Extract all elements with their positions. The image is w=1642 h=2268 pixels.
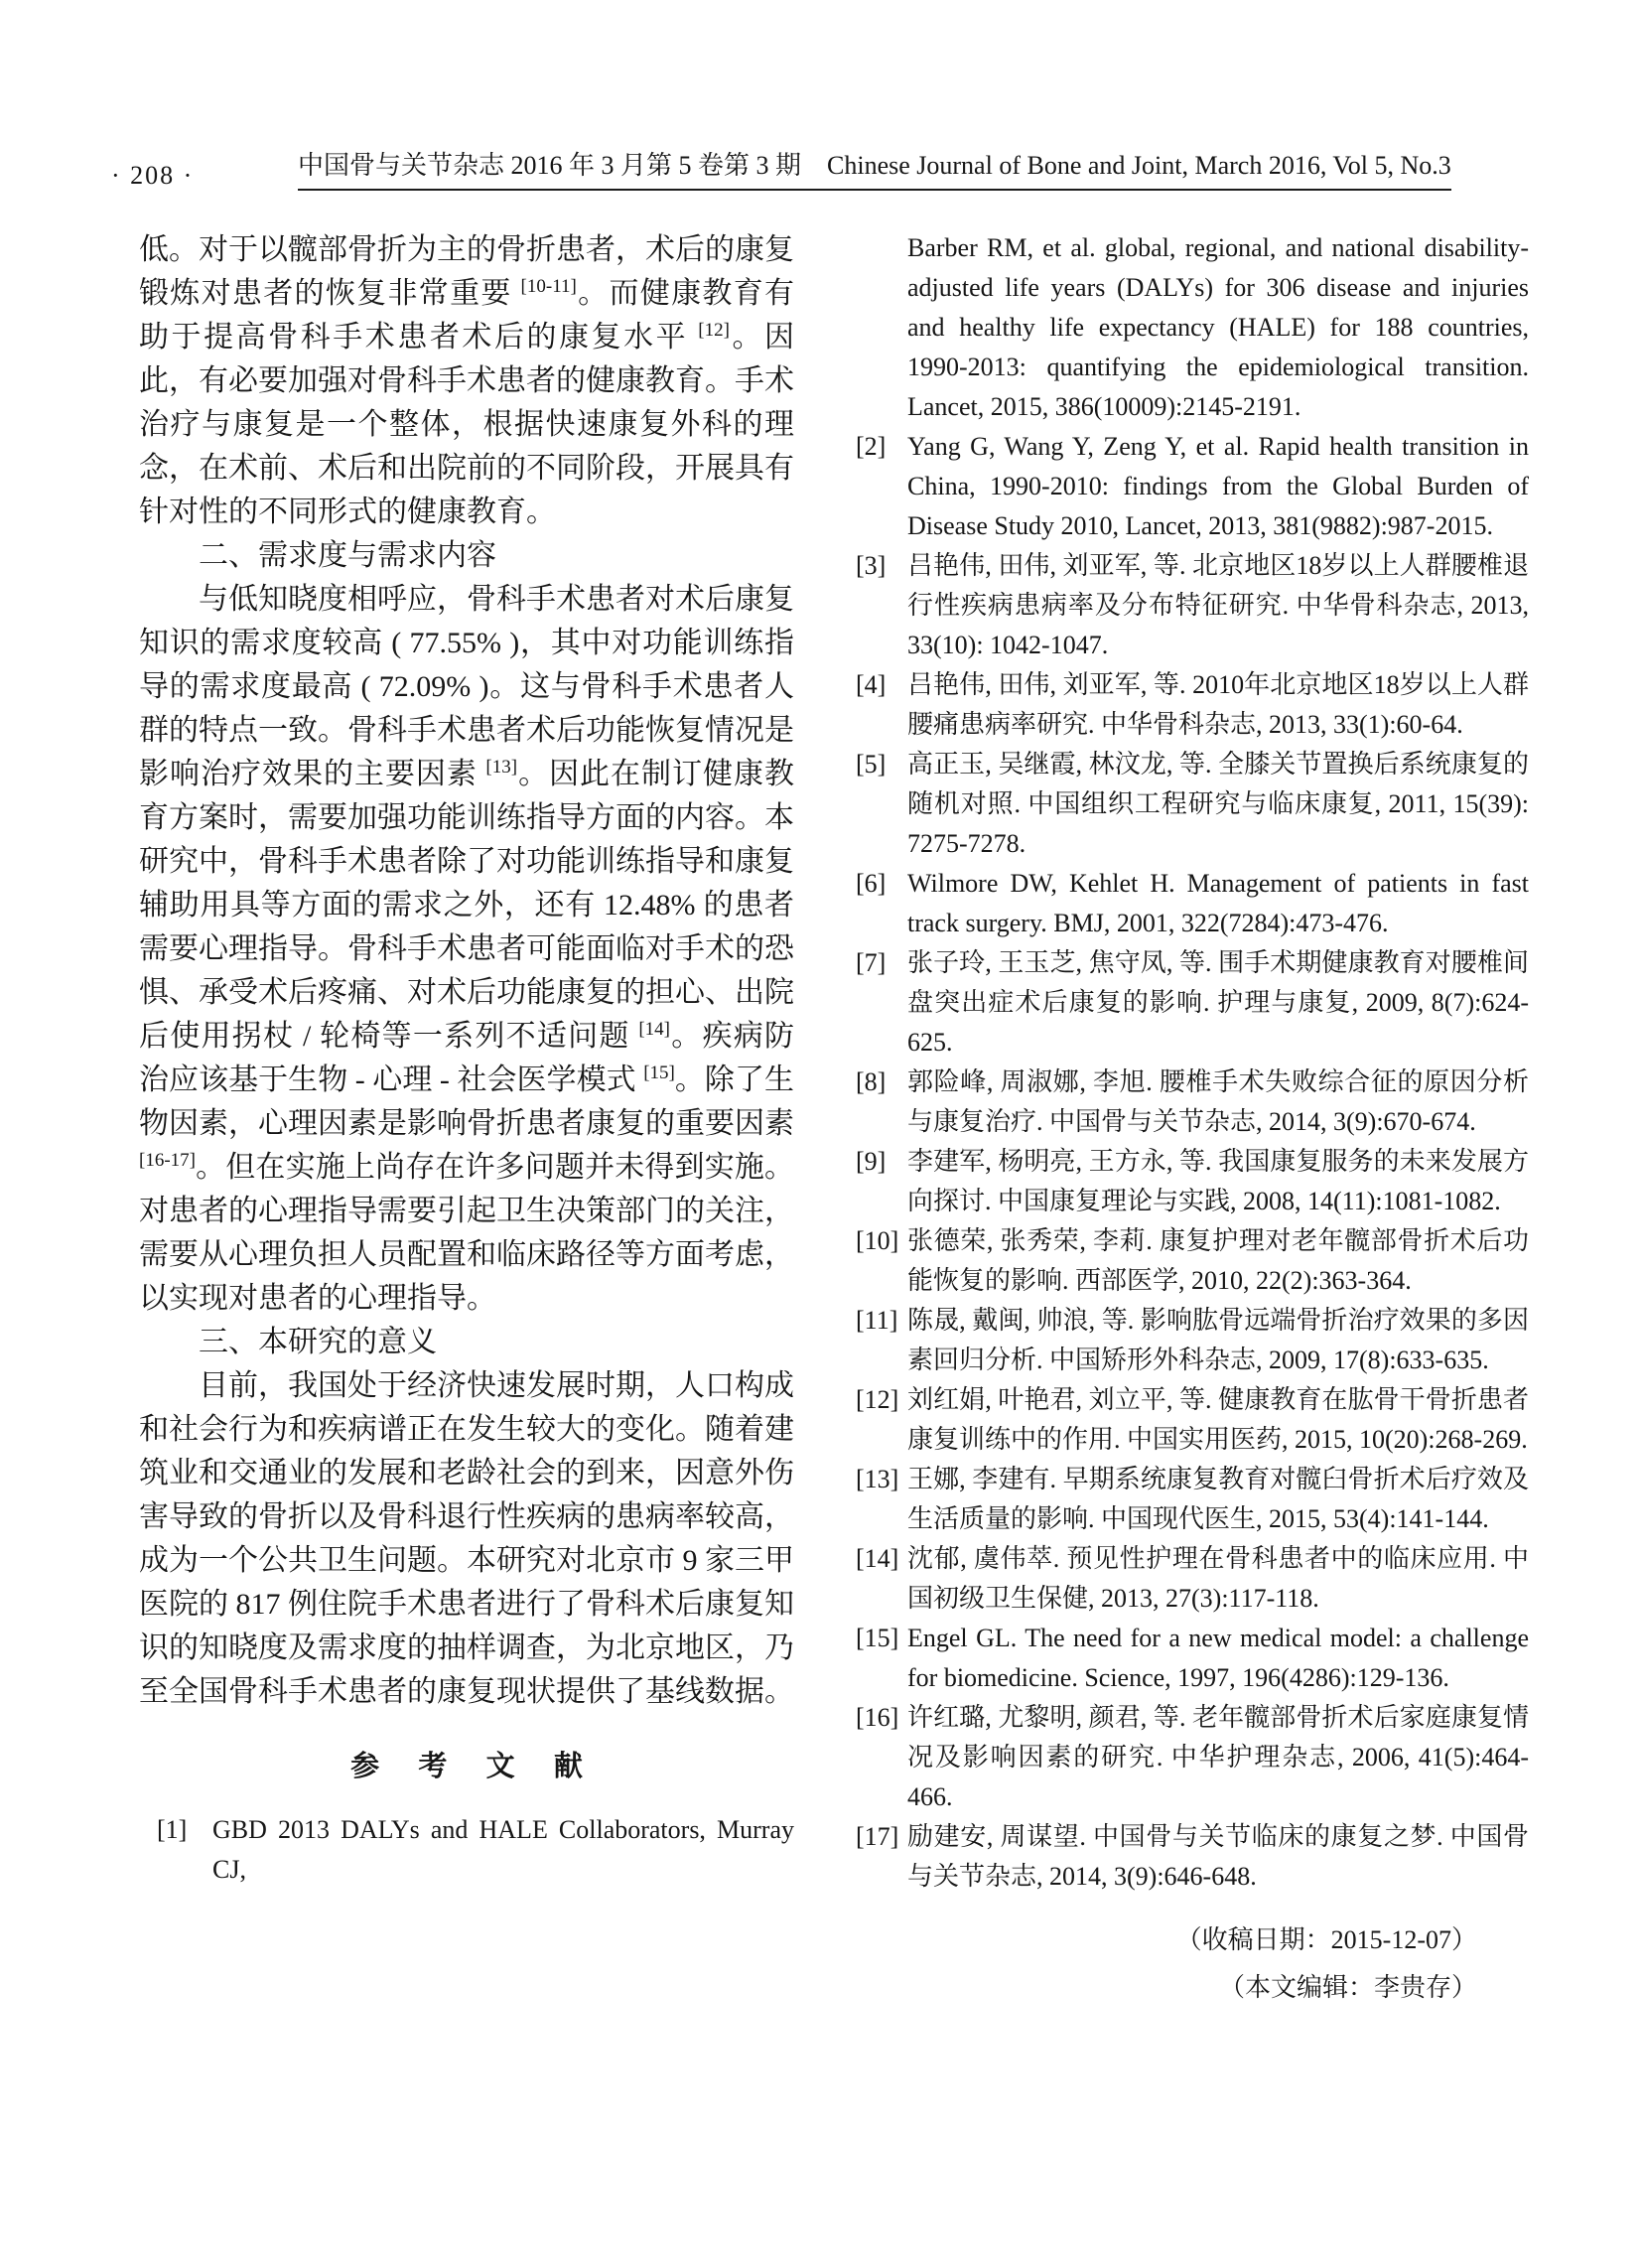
reference-text: Engel GL. The need for a new medical mod… [907, 1619, 1529, 1698]
reference-item: [12]刘红娟, 叶艳君, 刘立平, 等. 健康教育在肱骨干骨折患者康复训练中的… [856, 1380, 1529, 1460]
reference-number: [8] [856, 1063, 907, 1142]
reference-item: [1] GBD 2013 DALYs and HALE Collaborator… [139, 1810, 794, 1890]
reference-text: 高正玉, 吴继霞, 林汶龙, 等. 全膝关节置换后系统康复的随机对照. 中国组织… [907, 745, 1529, 864]
editor-line: （本文编辑：李贵存） [856, 1964, 1477, 2012]
reference-text: Wilmore DW, Kehlet H. Management of pati… [907, 864, 1529, 943]
reference-item: [9]李建军, 杨明亮, 王方永, 等. 我国康复服务的未来发展方向探讨. 中国… [856, 1142, 1529, 1221]
reference-number: [1] [157, 1810, 212, 1890]
reference-number: [11] [856, 1301, 907, 1380]
text-run: 。因此在制订健康教育方案时，需要加强功能训练指导方面的内容。本研究中，骨科手术患… [139, 758, 794, 1053]
references-heading: 参 考 文 献 [139, 1744, 794, 1784]
citation-superscript: [12] [698, 320, 730, 341]
text-run: 目前，我国处于经济快速发展时期，人口构成和社会行为和疾病谱正在发生较大的变化。随… [139, 1369, 794, 1708]
page-number: · 208 · [111, 161, 298, 191]
reference-text: Yang G, Wang Y, Zeng Y, et al. Rapid hea… [907, 427, 1529, 546]
reference-number: [10] [856, 1221, 907, 1301]
reference-item: [10]张德荣, 张秀荣, 李莉. 康复护理对老年髋部骨折术后功能恢复的影响. … [856, 1221, 1529, 1301]
left-column-flow: 低。对于以髋部骨折为主的骨折患者，术后的康复锻炼对患者的恢复非常重要 [10-1… [139, 228, 794, 1714]
citation-superscript: [13] [485, 757, 517, 778]
reference-number: [4] [856, 665, 907, 745]
reference-number: [7] [856, 943, 907, 1063]
reference-item: [11]陈晟, 戴闽, 帅浪, 等. 影响肱骨远端骨折治疗效果的多因素回归分析.… [856, 1301, 1529, 1380]
reference-number: [16] [856, 1698, 907, 1817]
reference-number: [17] [856, 1817, 907, 1897]
reference-item: [5]高正玉, 吴继霞, 林汶龙, 等. 全膝关节置换后系统康复的随机对照. 中… [856, 745, 1529, 864]
reference-item: Barber RM, et al. global, regional, and … [856, 228, 1529, 427]
received-date-line: （收稿日期：2015-12-07） [856, 1916, 1477, 1964]
paragraph: 目前，我国处于经济快速发展时期，人口构成和社会行为和疾病谱正在发生较大的变化。随… [139, 1364, 794, 1714]
reference-number: [15] [856, 1619, 907, 1698]
reference-text: GBD 2013 DALYs and HALE Collaborators, M… [212, 1810, 794, 1890]
journal-page: · 208 · 中国骨与关节杂志 2016 年 3 月第 5 卷第 3 期Chi… [0, 0, 1642, 2268]
reference-number: [9] [856, 1142, 907, 1221]
reference-number: [12] [856, 1380, 907, 1460]
reference-text: 张子玲, 王玉芝, 焦守凤, 等. 围手术期健康教育对腰椎间盘突出症术后康复的影… [907, 943, 1529, 1063]
journal-title: 中国骨与关节杂志 2016 年 3 月第 5 卷第 3 期Chinese Jou… [298, 145, 1451, 191]
reference-number: [6] [856, 864, 907, 943]
page-header: · 208 · 中国骨与关节杂志 2016 年 3 月第 5 卷第 3 期Chi… [111, 145, 1529, 191]
two-column-body: 低。对于以髋部骨折为主的骨折患者，术后的康复锻炼对患者的恢复非常重要 [10-1… [139, 228, 1529, 2012]
reference-text: 李建军, 杨明亮, 王方永, 等. 我国康复服务的未来发展方向探讨. 中国康复理… [907, 1142, 1529, 1221]
section-heading: 三、本研究的意义 [139, 1321, 794, 1364]
reference-text: 励建安, 周谋望. 中国骨与关节临床的康复之梦. 中国骨与关节杂志, 2014,… [907, 1817, 1529, 1897]
journal-title-cn: 中国骨与关节杂志 2016 年 3 月第 5 卷第 3 期 [298, 151, 801, 180]
text-run: 。但在实施上尚存在许多问题并未得到实施。对患者的心理指导需要引起卫生决策部门的关… [139, 1151, 794, 1315]
reference-text: 吕艳伟, 田伟, 刘亚军, 等. 2010年北京地区18岁以上人群腰痛患病率研究… [907, 665, 1529, 745]
reference-item: [14]沈郁, 虞伟萃. 预见性护理在骨科患者中的临床应用. 中国初级卫生保健,… [856, 1539, 1529, 1619]
left-column: 低。对于以髋部骨折为主的骨折患者，术后的康复锻炼对患者的恢复非常重要 [10-1… [139, 228, 794, 2012]
reference-text: 许红璐, 尤黎明, 颜君, 等. 老年髋部骨折术后家庭康复情况及影响因素的研究.… [907, 1698, 1529, 1817]
reference-text: 王娜, 李建有. 早期系统康复教育对髋臼骨折术后疗效及生活质量的影响. 中国现代… [907, 1460, 1529, 1539]
reference-number: [5] [856, 745, 907, 864]
section-heading: 二、需求度与需求内容 [139, 534, 794, 578]
reference-item: [4]吕艳伟, 田伟, 刘亚军, 等. 2010年北京地区18岁以上人群腰痛患病… [856, 665, 1529, 745]
reference-item: [7]张子玲, 王玉芝, 焦守凤, 等. 围手术期健康教育对腰椎间盘突出症术后康… [856, 943, 1529, 1063]
reference-text: 沈郁, 虞伟萃. 预见性护理在骨科患者中的临床应用. 中国初级卫生保健, 201… [907, 1539, 1529, 1619]
reference-item: [13]王娜, 李建有. 早期系统康复教育对髋臼骨折术后疗效及生活质量的影响. … [856, 1460, 1529, 1539]
reference-number: [13] [856, 1460, 907, 1539]
citation-superscript: [16-17] [139, 1150, 196, 1171]
text-run: 三、本研究的意义 [199, 1326, 437, 1358]
reference-number: [3] [856, 546, 907, 665]
reference-item: [6]Wilmore DW, Kehlet H. Management of p… [856, 864, 1529, 943]
reference-text: 刘红娟, 叶艳君, 刘立平, 等. 健康教育在肱骨干骨折患者康复训练中的作用. … [907, 1380, 1529, 1460]
references-list: Barber RM, et al. global, regional, and … [856, 228, 1529, 1897]
reference-number: [2] [856, 427, 907, 546]
citation-superscript: [15] [643, 1063, 675, 1083]
reference-text: Barber RM, et al. global, regional, and … [907, 228, 1529, 427]
citation-superscript: [14] [638, 1019, 670, 1040]
reference-text: 郭险峰, 周淑娜, 李旭. 腰椎手术失败综合征的原因分析与康复治疗. 中国骨与关… [907, 1063, 1529, 1142]
reference-item: [3]吕艳伟, 田伟, 刘亚军, 等. 北京地区18岁以上人群腰椎退行性疾病患病… [856, 546, 1529, 665]
reference-text: 吕艳伟, 田伟, 刘亚军, 等. 北京地区18岁以上人群腰椎退行性疾病患病率及分… [907, 546, 1529, 665]
text-run: 二、需求度与需求内容 [199, 539, 496, 572]
reference-item: [17]励建安, 周谋望. 中国骨与关节临床的康复之梦. 中国骨与关节杂志, 2… [856, 1817, 1529, 1897]
reference-text: 张德荣, 张秀荣, 李莉. 康复护理对老年髋部骨折术后功能恢复的影响. 西部医学… [907, 1221, 1529, 1301]
journal-title-en: Chinese Journal of Bone and Joint, March… [827, 151, 1451, 180]
reference-number: [14] [856, 1539, 907, 1619]
reference-item: [15]Engel GL. The need for a new medical… [856, 1619, 1529, 1698]
reference-number [856, 228, 907, 427]
reference-item: [2]Yang G, Wang Y, Zeng Y, et al. Rapid … [856, 427, 1529, 546]
reference-text: 陈晟, 戴闽, 帅浪, 等. 影响肱骨远端骨折治疗效果的多因素回归分析. 中国矫… [907, 1301, 1529, 1380]
reference-item: [16]许红璐, 尤黎明, 颜君, 等. 老年髋部骨折术后家庭康复情况及影响因素… [856, 1698, 1529, 1817]
reference-item: [8]郭险峰, 周淑娜, 李旭. 腰椎手术失败综合征的原因分析与康复治疗. 中国… [856, 1063, 1529, 1142]
right-column: Barber RM, et al. global, regional, and … [856, 228, 1529, 2012]
citation-superscript: [10-11] [521, 276, 577, 297]
article-footer: （收稿日期：2015-12-07） （本文编辑：李贵存） [856, 1916, 1529, 2012]
paragraph: 低。对于以髋部骨折为主的骨折患者，术后的康复锻炼对患者的恢复非常重要 [10-1… [139, 228, 794, 534]
paragraph: 与低知晓度相呼应，骨科手术患者对术后康复知识的需求度较高 ( 77.55% )，… [139, 578, 794, 1321]
